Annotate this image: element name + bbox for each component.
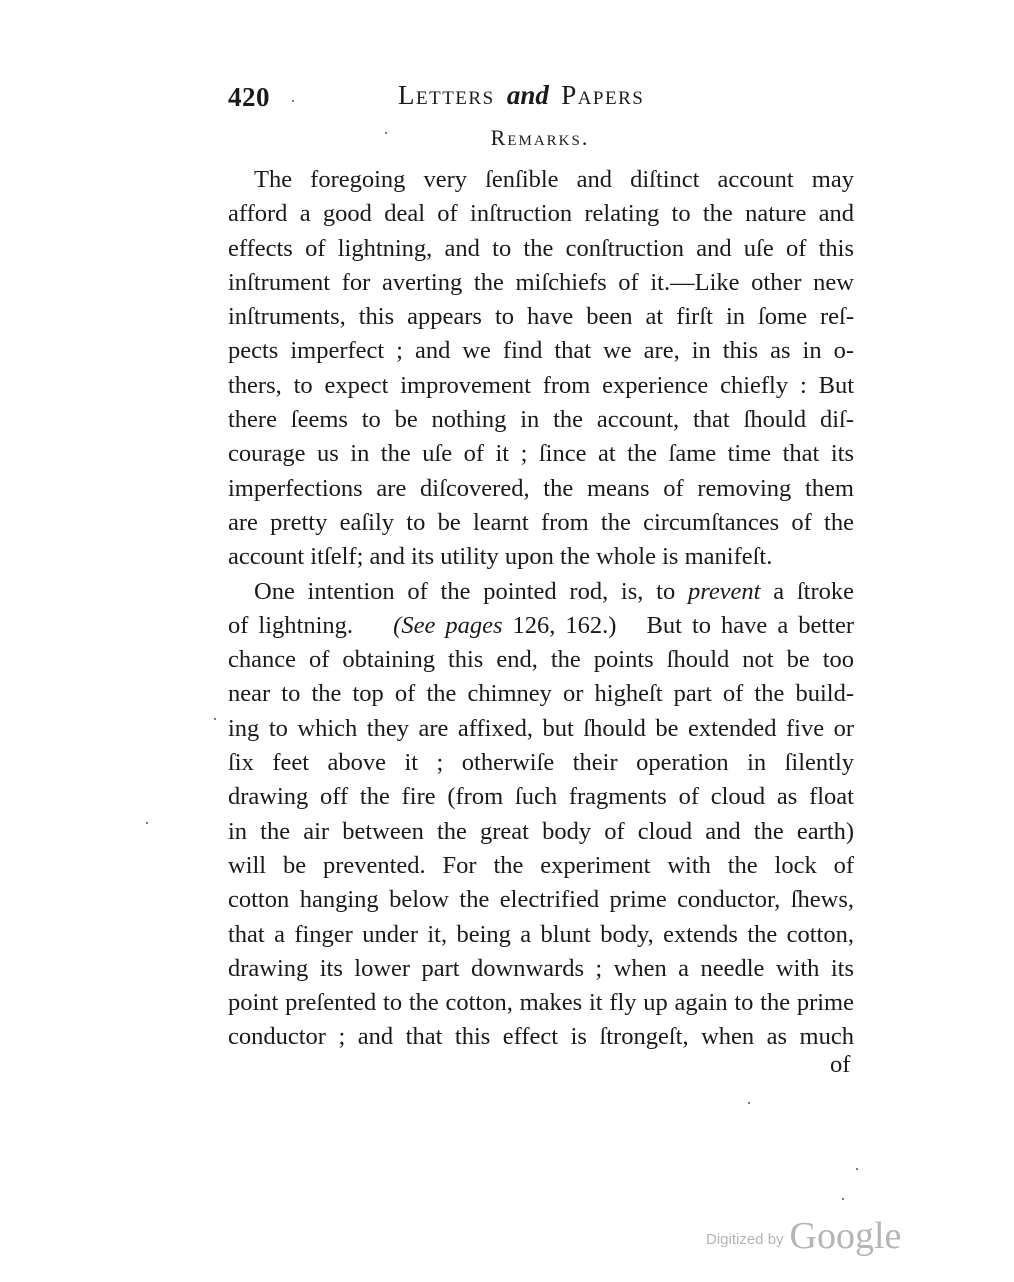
section-title: Remarks. [0, 125, 1014, 151]
text-line: of lightning. (See pages 126, 162.) But … [228, 609, 854, 643]
text-line: The foregoing very ſenſible and diſtinct… [228, 163, 854, 197]
digitized-watermark: Digitized by Google [706, 1214, 901, 1258]
text-line: point preſented to the cotton, makes it … [228, 986, 854, 1020]
text-line: drawing its lower part downwards ; when … [228, 952, 854, 986]
scan-speck [748, 1102, 750, 1104]
text-line: conductor ; and that this effect is ſtro… [228, 1020, 854, 1054]
text-segment: One intention of the pointed rod, is, to [254, 578, 675, 605]
text-line: account itſelf; and its utility upon the… [228, 540, 854, 574]
text-line: are pretty eaſily to be learnt from the … [228, 506, 854, 540]
page-reference-numbers: 126, 162.) [513, 612, 617, 639]
text-line: imperfections are diſcovered, the means … [228, 472, 854, 506]
text-line: there ſeems to be nothing in the account… [228, 403, 854, 437]
running-head-and: and [507, 80, 549, 110]
scan-speck [856, 1168, 858, 1170]
text-line: cotton hanging below the electrified pri… [228, 883, 854, 917]
text-line: One intention of the pointed rod, is, to… [228, 575, 854, 609]
text-line: chance of obtaining this end, the points… [228, 643, 854, 677]
text-line: inſtruments, this appears to have been a… [228, 300, 854, 334]
scan-speck [842, 1198, 844, 1200]
google-logo: Google [790, 1215, 902, 1257]
text-segment: a ſtroke [773, 578, 854, 605]
text-segment: But to have a better [647, 612, 854, 639]
scan-speck [146, 822, 148, 824]
text-line: in the air between the great body of clo… [228, 815, 854, 849]
page-reference-italic: (See pages [393, 612, 502, 639]
running-head-letters: Letters [398, 80, 495, 110]
text-line: effects of lightning, and to the conſtru… [228, 232, 854, 266]
text-line: inſtrument for averting the miſchiefs of… [228, 266, 854, 300]
text-line: pects imperfect ; and we find that we ar… [228, 334, 854, 368]
catchword: of [830, 1051, 850, 1079]
italic-emphasis: prevent [688, 578, 761, 605]
page-number: 420 [228, 82, 270, 113]
text-line: thers, to expect improvement from experi… [228, 369, 854, 403]
scan-speck [385, 132, 387, 134]
text-line: drawing off the fire (from ſuch fragment… [228, 780, 854, 814]
text-line: afford a good deal of inſtruction relati… [228, 197, 854, 231]
digitized-by-label: Digitized by [706, 1231, 784, 1248]
text-line: near to the top of the chimney or higheſ… [228, 677, 854, 711]
running-head-papers: Papers [561, 80, 644, 110]
scan-speck [292, 100, 294, 102]
text-segment: of lightning. [228, 612, 353, 639]
text-line: courage us in the uſe of it ; ſince at t… [228, 437, 854, 471]
text-line: ſix feet above it ; otherwiſe their oper… [228, 746, 854, 780]
text-line: that a finger under it, being a blunt bo… [228, 918, 854, 952]
text-line: will be prevented. For the experiment wi… [228, 849, 854, 883]
body-text: The foregoing very ſenſible and diſtinct… [228, 163, 854, 1055]
scan-speck [214, 718, 216, 720]
running-head: Letters and Papers [398, 80, 644, 111]
text-line: ing to which they are affixed, but ſhoul… [228, 712, 854, 746]
